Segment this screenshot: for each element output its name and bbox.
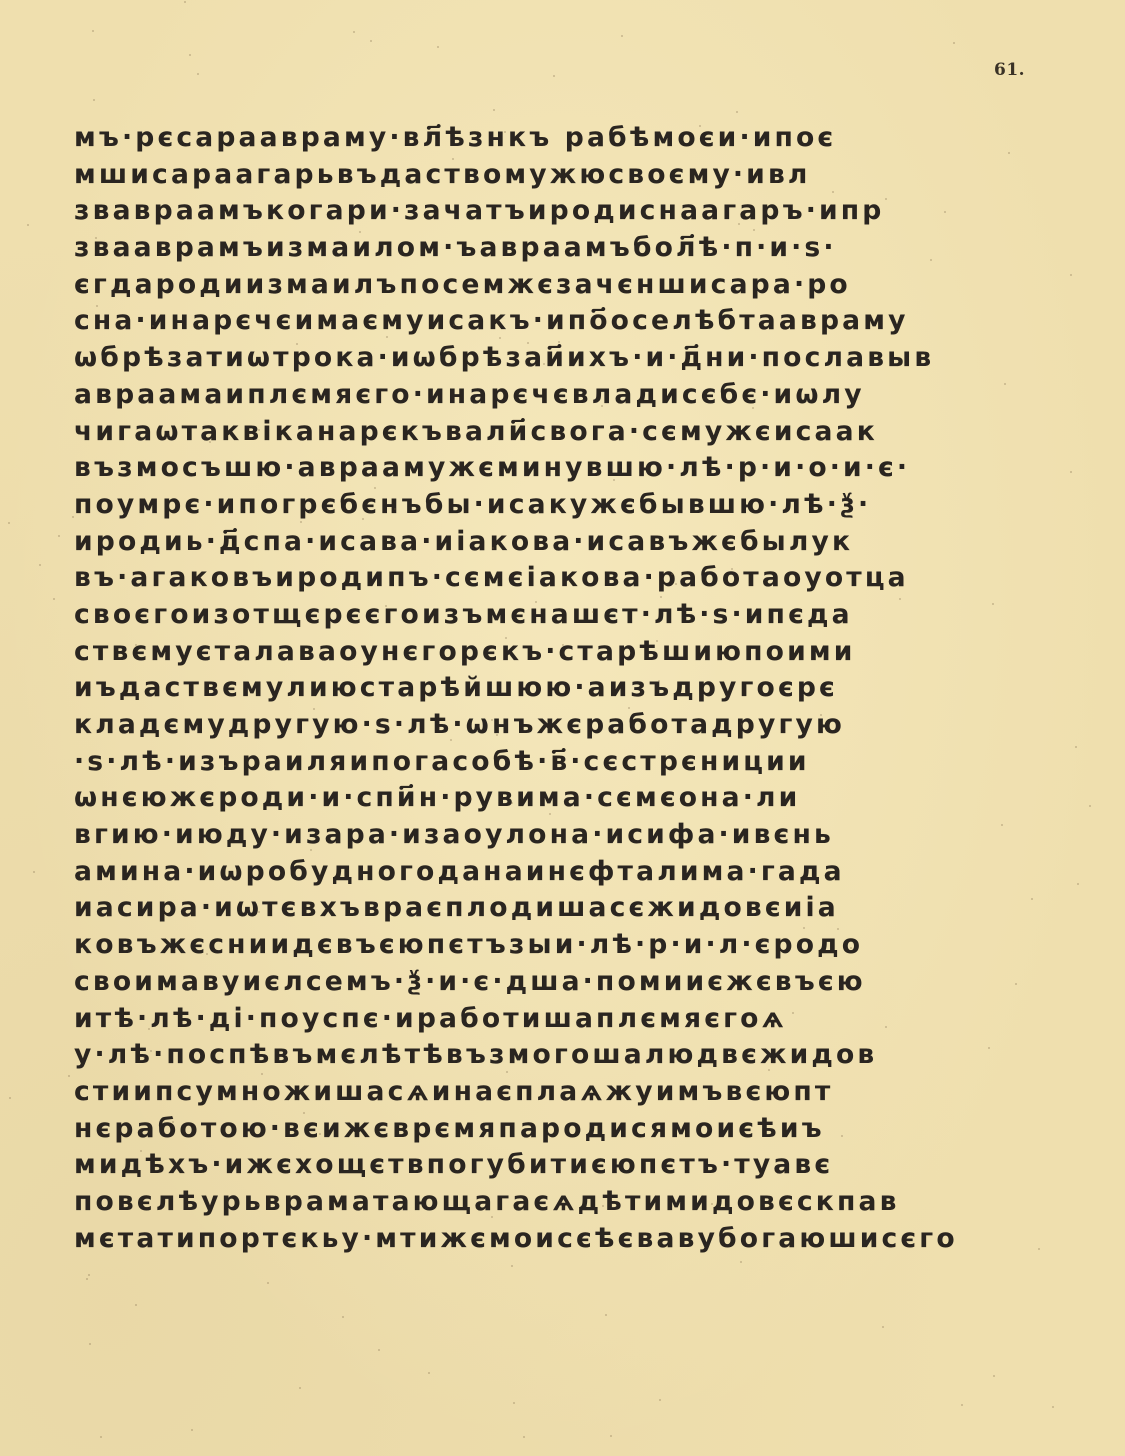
manuscript-line: иасира·иѡтєвхъвраєплодишасєжидовєиіа <box>74 890 1039 927</box>
manuscript-line: мєтатипортєкьу·мтижємоисєѣєвавубогаюшисє… <box>74 1221 1039 1258</box>
paper-speck <box>342 1316 344 1318</box>
paper-speck <box>841 1135 843 1137</box>
paper-speck <box>628 707 630 709</box>
paper-speck <box>267 1282 269 1284</box>
paper-speck <box>100 1436 102 1438</box>
paper-speck <box>135 1304 137 1306</box>
paper-speck <box>172 1121 174 1123</box>
paper-speck <box>882 1326 884 1328</box>
paper-speck <box>731 568 733 570</box>
page-number: 61. <box>994 60 1025 80</box>
paper-speck <box>961 1404 963 1406</box>
paper-speck <box>310 849 312 851</box>
paper-speck <box>763 938 765 940</box>
manuscript-line: ковъжєсниидєвъєюпєтъзыи·лѣ·р·и·л·єродо <box>74 927 1039 964</box>
manuscript-line: своимавуиєлсемъ·ѯ·и·є·дша·помииєжєвъєю <box>74 964 1039 1001</box>
paper-speck <box>1077 883 1079 885</box>
paper-speck <box>953 42 955 44</box>
paper-speck <box>740 1261 742 1263</box>
paper-speck <box>621 35 623 37</box>
paper-speck <box>660 596 662 598</box>
paper-speck <box>27 224 29 226</box>
paper-speck <box>1070 274 1072 276</box>
manuscript-line: своєгоизотщєрєєгоизъмєнашєт·лѣ·ѕ·ипєда <box>74 597 1039 634</box>
manuscript-page: 61. мъ·рєсараавраму·вл҃ѣзнкъ рабѣмоєи·ип… <box>0 0 1125 1456</box>
paper-speck <box>209 441 211 443</box>
paper-speck <box>353 31 355 33</box>
paper-speck <box>792 1012 794 1014</box>
paper-speck <box>197 73 199 75</box>
paper-speck <box>93 99 95 101</box>
paper-speck <box>92 30 94 32</box>
paper-speck <box>491 719 493 721</box>
manuscript-line: мидѣхъ·ижєхощєтвпогубитиєюпєтъ·туавє <box>74 1147 1039 1184</box>
paper-speck <box>513 1402 515 1404</box>
paper-speck <box>148 1028 150 1030</box>
manuscript-line: вгию·июду·изара·изаоулона·исифа·ивєнь <box>74 817 1039 854</box>
manuscript-line: повєлѣурьвраматающагаєѧдѣтимидовєскпав <box>74 1184 1039 1221</box>
paper-speck <box>613 479 615 481</box>
manuscript-line: єгдародиизмаилъпосемжєзачєншисара·ро <box>74 267 1039 304</box>
paper-speck <box>53 598 55 600</box>
paper-speck <box>378 1349 380 1351</box>
manuscript-line: звавраамъкогари·зачатъиродиснаагаръ·ипр <box>74 193 1039 230</box>
paper-speck <box>753 229 755 231</box>
manuscript-line: авраамаиплємяєго·инарєчєвладисєбє·иѡлу <box>74 377 1039 414</box>
paper-speck <box>511 1265 513 1267</box>
paper-speck <box>1089 805 1091 807</box>
paper-speck <box>261 1073 263 1075</box>
paper-speck <box>33 871 35 873</box>
paper-speck <box>303 1112 305 1114</box>
paper-speck <box>656 640 658 642</box>
paper-speck <box>370 40 372 42</box>
manuscript-line: амина·иѡробудногоданаинєфталима·гада <box>74 854 1039 891</box>
paper-speck <box>803 927 805 929</box>
paper-speck <box>184 1 186 3</box>
manuscript-line: иродиь·д҃спа·исава·иіакова·исавъжєбылук <box>74 524 1039 561</box>
manuscript-line: ѡнєюжєроди·и·спи҃н·рувима·сємєона·ли <box>74 780 1039 817</box>
paper-speck <box>39 564 41 566</box>
manuscript-line: ствємуєталаваоунєгорєкъ·старѣшиюпоими <box>74 634 1039 671</box>
manuscript-line: сна·инарєчєимаємуисакъ·ипо҃оселѣбтааврам… <box>74 303 1039 340</box>
manuscript-line: мъ·рєсараавраму·вл҃ѣзнкъ рабѣмоєи·ипоє <box>74 120 1039 157</box>
paper-speck <box>899 598 901 600</box>
paper-speck <box>602 1205 604 1207</box>
paper-speck <box>437 46 439 48</box>
paper-speck <box>8 522 10 524</box>
manuscript-line: въ·агаковъиродипъ·сємєіакова·работаоуотц… <box>74 560 1039 597</box>
paper-speck <box>601 405 603 407</box>
paper-speck <box>9 1097 11 1099</box>
paper-speck <box>493 109 495 111</box>
paper-speck <box>95 237 97 239</box>
paper-speck <box>930 259 932 261</box>
manuscript-line: ·ѕ·лѣ·изъраиляипогасобѣ·в҃·сєстрєниции <box>74 744 1039 781</box>
paper-speck <box>88 1274 90 1276</box>
paper-speck <box>428 1372 430 1374</box>
manuscript-line: възмосъшю·авраамужєминувшю·лѣ·р·и·о·и·є· <box>74 450 1039 487</box>
paper-speck <box>592 611 594 613</box>
paper-speck <box>452 158 454 160</box>
manuscript-line: поумрє·ипогрєбєнъбы·исакужєбывшю·лѣ·ѯ· <box>74 487 1039 524</box>
paper-speck <box>1075 746 1077 748</box>
paper-speck <box>394 508 396 510</box>
paper-speck <box>736 111 738 113</box>
paper-speck <box>1070 471 1072 473</box>
manuscript-line: у·лѣ·поспѣвъмєлѣтѣвъзмогошалюдвєжидов <box>74 1037 1039 1074</box>
manuscript-text-block: мъ·рєсараавраму·вл҃ѣзнкъ рабѣмоєи·ипоємш… <box>74 120 1054 1257</box>
paper-speck <box>374 487 376 489</box>
manuscript-line: иъдаствємулиюстарѣйшюю·аизъдругоєрє <box>74 670 1039 707</box>
paper-speck <box>299 1387 301 1389</box>
manuscript-line: нєработою·вєижєврємяпародисямоиєѣиъ <box>74 1111 1039 1148</box>
paper-speck <box>258 911 260 913</box>
manuscript-line: мшисараагарьвъдаствомужюсвоєму·ивл <box>74 157 1039 194</box>
paper-speck <box>1031 898 1033 900</box>
paper-speck <box>850 947 852 949</box>
paper-speck <box>150 1050 152 1052</box>
manuscript-line: кладємудругую·ѕ·лѣ·ѡнъжєработадругую <box>74 707 1039 744</box>
paper-speck <box>1052 1406 1054 1408</box>
paper-speck <box>89 1343 91 1345</box>
paper-speck <box>610 1435 612 1437</box>
paper-speck <box>553 75 555 77</box>
paper-speck <box>189 54 191 56</box>
paper-speck <box>58 535 60 537</box>
paper-speck <box>605 1314 607 1316</box>
paper-speck <box>241 571 243 573</box>
paper-speck <box>505 637 507 639</box>
paper-speck <box>319 1133 321 1135</box>
paper-speck <box>1038 1248 1040 1250</box>
manuscript-line: чигаѡтаквіканарєкъвали҃свога·сємужєисаак <box>74 414 1039 451</box>
manuscript-line: стиипсумножишасѧинаєплаѧжуимъвєюпт <box>74 1074 1039 1111</box>
paper-speck <box>72 516 74 518</box>
paper-speck <box>68 1075 70 1077</box>
manuscript-line: ѡбрѣзатиѡтрока·иѡбрѣзаи҃ихъ·и·д҃ни·посла… <box>74 340 1039 377</box>
paper-speck <box>191 1429 193 1431</box>
paper-speck <box>296 343 298 345</box>
manuscript-line: звааврамъизмаилом·ъавраамъбол҃ѣ·п·и·ѕ· <box>74 230 1039 267</box>
paper-speck <box>86 1278 88 1280</box>
paper-speck <box>659 1399 661 1401</box>
paper-speck <box>523 1436 525 1438</box>
paper-speck <box>470 798 472 800</box>
paper-speck <box>993 1375 995 1377</box>
